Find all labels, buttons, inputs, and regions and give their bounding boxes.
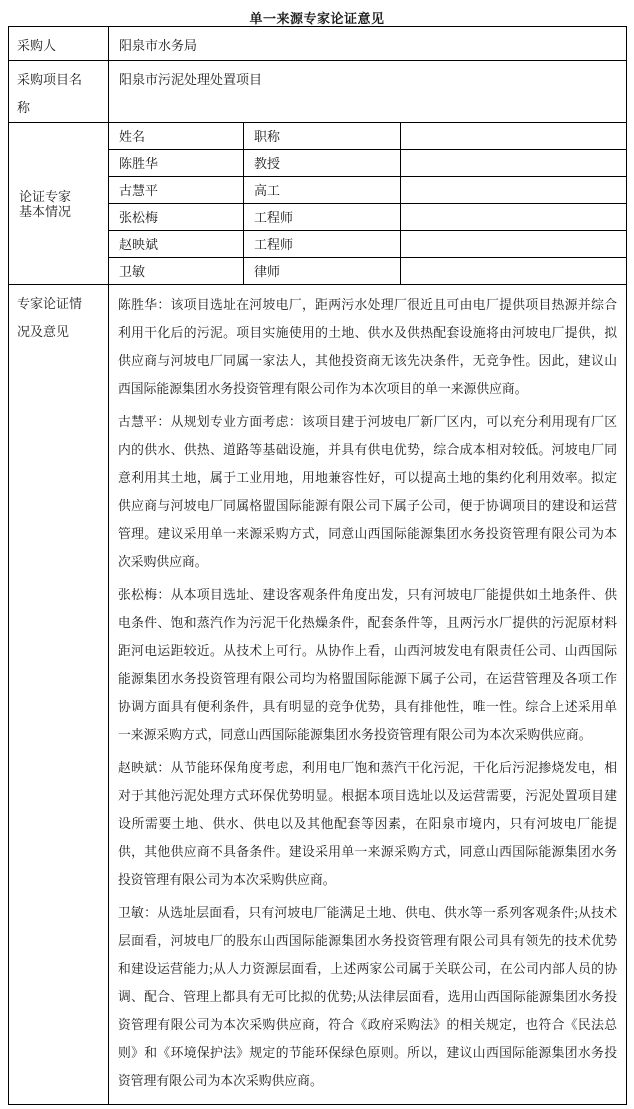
expert-name: 卫敏 <box>109 258 244 285</box>
expert-extra-cell <box>401 204 627 231</box>
project-label-line1: 采购项目名 <box>17 66 102 94</box>
purchaser-label: 采购人 <box>9 27 109 61</box>
expert-name-header: 姓名 <box>109 123 244 150</box>
purchaser-row: 采购人 阳泉市水务局 <box>9 27 627 61</box>
opinions-label-line2: 况及意见 <box>17 318 102 346</box>
project-label: 采购项目名 称 <box>9 61 109 123</box>
opinion-table: 采购人 阳泉市水务局 采购项目名 称 阳泉市污泥处理处置项目 论证专家 基本情况… <box>8 26 627 1105</box>
expert-extra-header <box>401 123 627 150</box>
expert-title: 教授 <box>244 150 401 177</box>
opinions-content: 陈胜华：该项目选址在河坡电厂，距两污水处理厂很近且可由电厂提供项目热源并综合利用… <box>109 285 627 1105</box>
expert-title-header: 职称 <box>244 123 401 150</box>
experts-label: 论证专家 基本情况 <box>9 123 109 285</box>
purchaser-value: 阳泉市水务局 <box>109 27 627 61</box>
opinion-paragraph-chenshenghua: 陈胜华：该项目选址在河坡电厂，距两污水处理厂很近且可由电厂提供项目热源并综合利用… <box>118 291 617 403</box>
expert-header-row: 论证专家 基本情况 姓名 职称 <box>9 123 627 150</box>
experts-label-line1: 论证专家 <box>19 189 102 204</box>
opinions-label-line1: 专家论证情 <box>17 290 102 318</box>
opinions-row: 专家论证情 况及意见 陈胜华：该项目选址在河坡电厂，距两污水处理厂很近且可由电厂… <box>9 285 627 1105</box>
expert-extra-cell <box>401 177 627 204</box>
document-page: 单一来源专家论证意见 采购人 阳泉市水务局 采购项目名 称 阳泉市污泥处理处置项… <box>0 0 634 1109</box>
project-row: 采购项目名 称 阳泉市污泥处理处置项目 <box>9 61 627 123</box>
opinion-paragraph-weimin: 卫敏：从选址层面看，只有河坡电厂能满足土地、供电、供水等一系列客观条件;从技术层… <box>118 899 617 1095</box>
project-label-line2: 称 <box>17 94 102 122</box>
opinion-paragraph-zhaoyingbin: 赵映斌：从节能环保角度考虑，利用电厂饱和蒸汽干化污泥，干化后污泥掺烧发电，相对于… <box>118 754 617 894</box>
project-value: 阳泉市污泥处理处置项目 <box>109 61 627 123</box>
opinions-label: 专家论证情 况及意见 <box>9 285 109 1105</box>
expert-title: 律师 <box>244 258 401 285</box>
expert-extra-cell <box>401 258 627 285</box>
experts-label-line2: 基本情况 <box>19 204 102 219</box>
expert-name: 赵映斌 <box>109 231 244 258</box>
expert-extra-cell <box>401 150 627 177</box>
expert-name: 张松梅 <box>109 204 244 231</box>
document-title: 单一来源专家论证意见 <box>0 0 634 26</box>
expert-title: 工程师 <box>244 204 401 231</box>
expert-title: 高工 <box>244 177 401 204</box>
expert-title: 工程师 <box>244 231 401 258</box>
opinion-paragraph-zhangsongmei: 张松梅：从本项目选址、建设客观条件角度出发，只有河坡电厂能提供如土地条件、供电条… <box>118 581 617 749</box>
expert-extra-cell <box>401 231 627 258</box>
expert-name: 陈胜华 <box>109 150 244 177</box>
opinion-paragraph-guhuiping: 古慧平：从规划专业方面考虑：该项目建于河坡电厂新厂区内，可以充分利用现有厂区内的… <box>118 408 617 576</box>
expert-name: 古慧平 <box>109 177 244 204</box>
